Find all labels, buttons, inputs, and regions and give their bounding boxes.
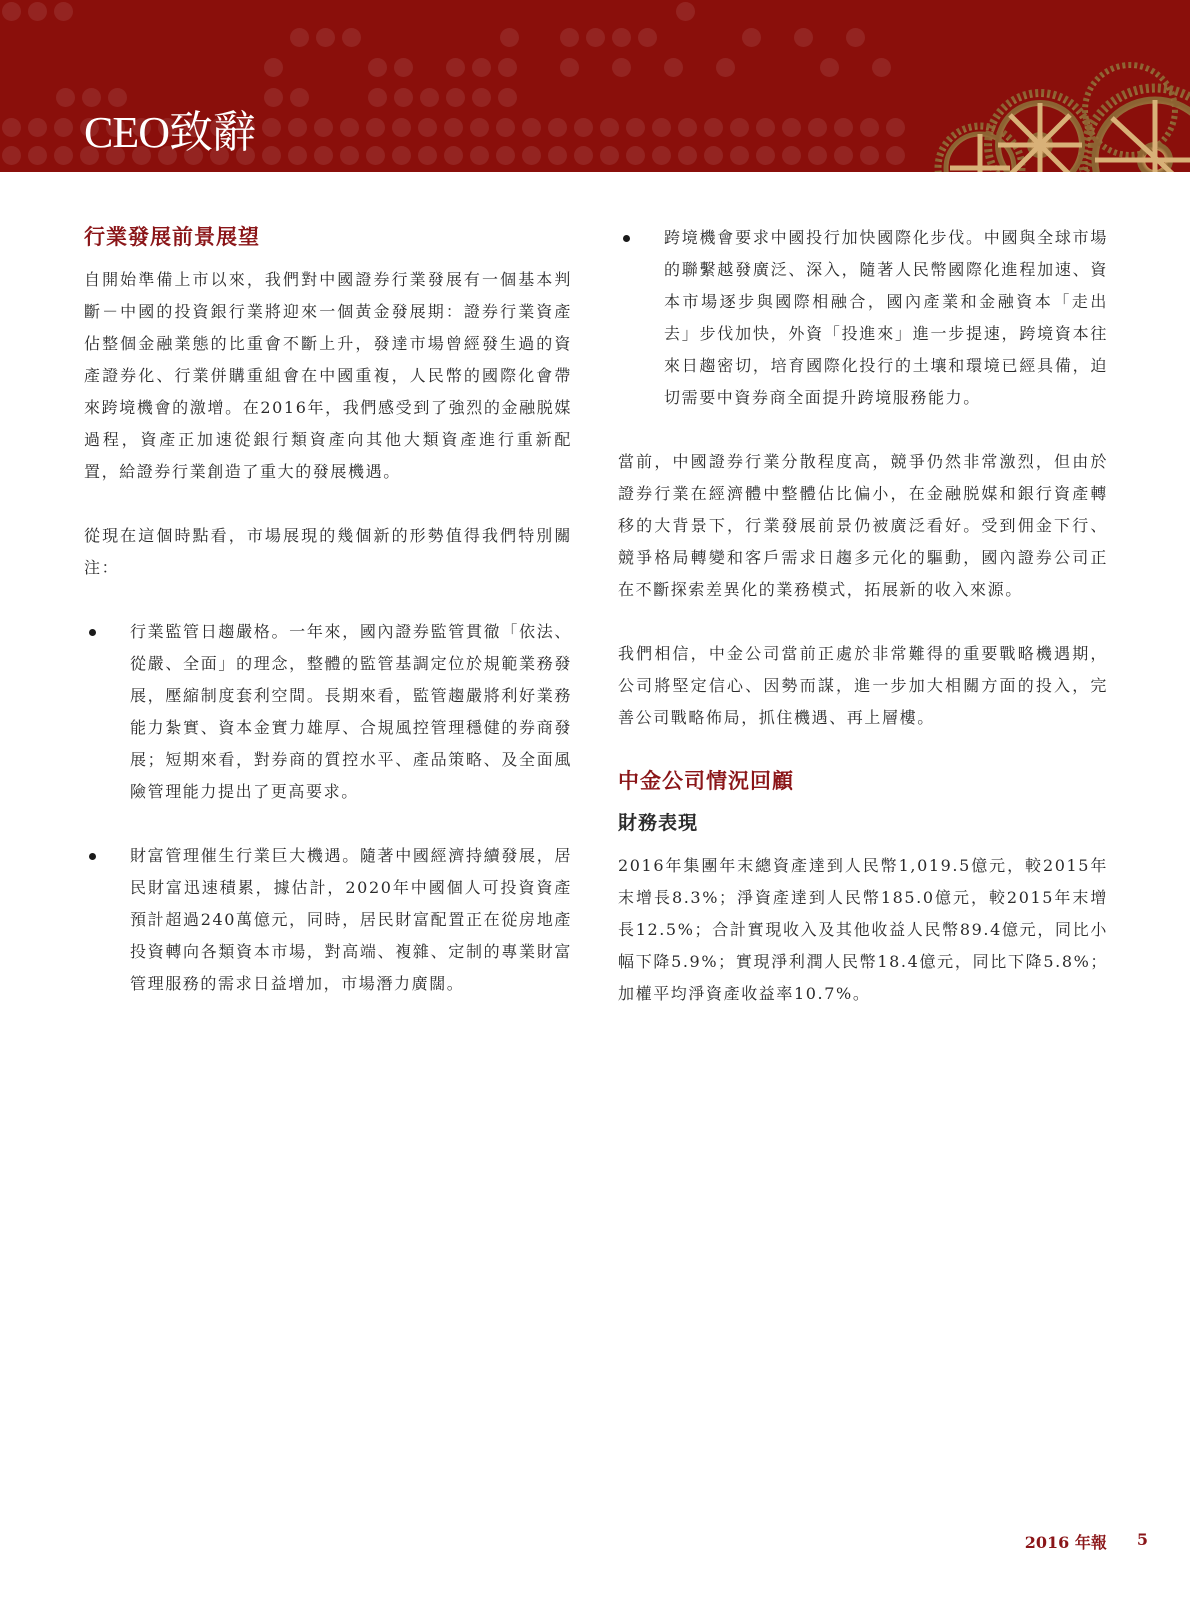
bullet-item-cross-border: 跨境機會要求中國投行加快國際化步伐。中國與全球市場的聯繫越發廣泛、深入，隨著人民… bbox=[618, 222, 1108, 414]
header-banner: CEO致辭 bbox=[0, 0, 1190, 172]
bullet-text: 財富管理催生行業巨大機遇。隨著中國經濟持續發展，居民財富迅速積累，據估計，202… bbox=[130, 846, 572, 993]
report-label: 2016 年報 bbox=[1025, 1530, 1107, 1553]
bullet-icon bbox=[623, 235, 630, 242]
section-heading-company-review: 中金公司情況回顧 bbox=[618, 766, 1108, 796]
sub-heading-financial-performance: 財務表現 bbox=[618, 808, 1108, 838]
bullet-icon bbox=[89, 629, 96, 636]
section-heading-industry-outlook: 行業發展前景展望 bbox=[84, 222, 572, 252]
paragraph: 我們相信，中金公司當前正處於非常難得的重要戰略機遇期，公司將堅定信心、因勢而謀，… bbox=[618, 638, 1108, 734]
bullet-item-wealth-management: 財富管理催生行業巨大機遇。隨著中國經濟持續發展，居民財富迅速積累，據估計，202… bbox=[84, 840, 572, 1000]
page-footer: 2016 年報 5 bbox=[1025, 1530, 1148, 1553]
bullet-item-regulation: 行業監管日趨嚴格。一年來，國內證券監管貫徹「依法、從嚴、全面」的理念，整體的監管… bbox=[84, 616, 572, 808]
right-column: 跨境機會要求中國投行加快國際化步伐。中國與全球市場的聯繫越發廣泛、深入，隨著人民… bbox=[618, 222, 1108, 1042]
paragraph: 自開始準備上市以來，我們對中國證券行業發展有一個基本判斷－中國的投資銀行業將迎來… bbox=[84, 264, 572, 488]
bullet-text: 行業監管日趨嚴格。一年來，國內證券監管貫徹「依法、從嚴、全面」的理念，整體的監管… bbox=[130, 622, 572, 801]
page-number: 5 bbox=[1137, 1530, 1148, 1553]
gears-icon bbox=[890, 40, 1190, 172]
page-title: CEO致辭 bbox=[84, 108, 255, 158]
bullet-icon bbox=[89, 853, 96, 860]
paragraph: 當前，中國證券行業分散程度高，競爭仍然非常激烈，但由於證券行業在經濟體中整體佔比… bbox=[618, 446, 1108, 606]
paragraph: 從現在這個時點看，市場展現的幾個新的形勢值得我們特別關注： bbox=[84, 520, 572, 584]
bullet-text: 跨境機會要求中國投行加快國際化步伐。中國與全球市場的聯繫越發廣泛、深入，隨著人民… bbox=[664, 228, 1108, 407]
financial-paragraph: 2016年集團年末總資產達到人民幣1,019.5億元，較2015年末增長8.3%… bbox=[618, 850, 1108, 1010]
left-column: 行業發展前景展望 自開始準備上市以來，我們對中國證券行業發展有一個基本判斷－中國… bbox=[84, 222, 572, 1032]
